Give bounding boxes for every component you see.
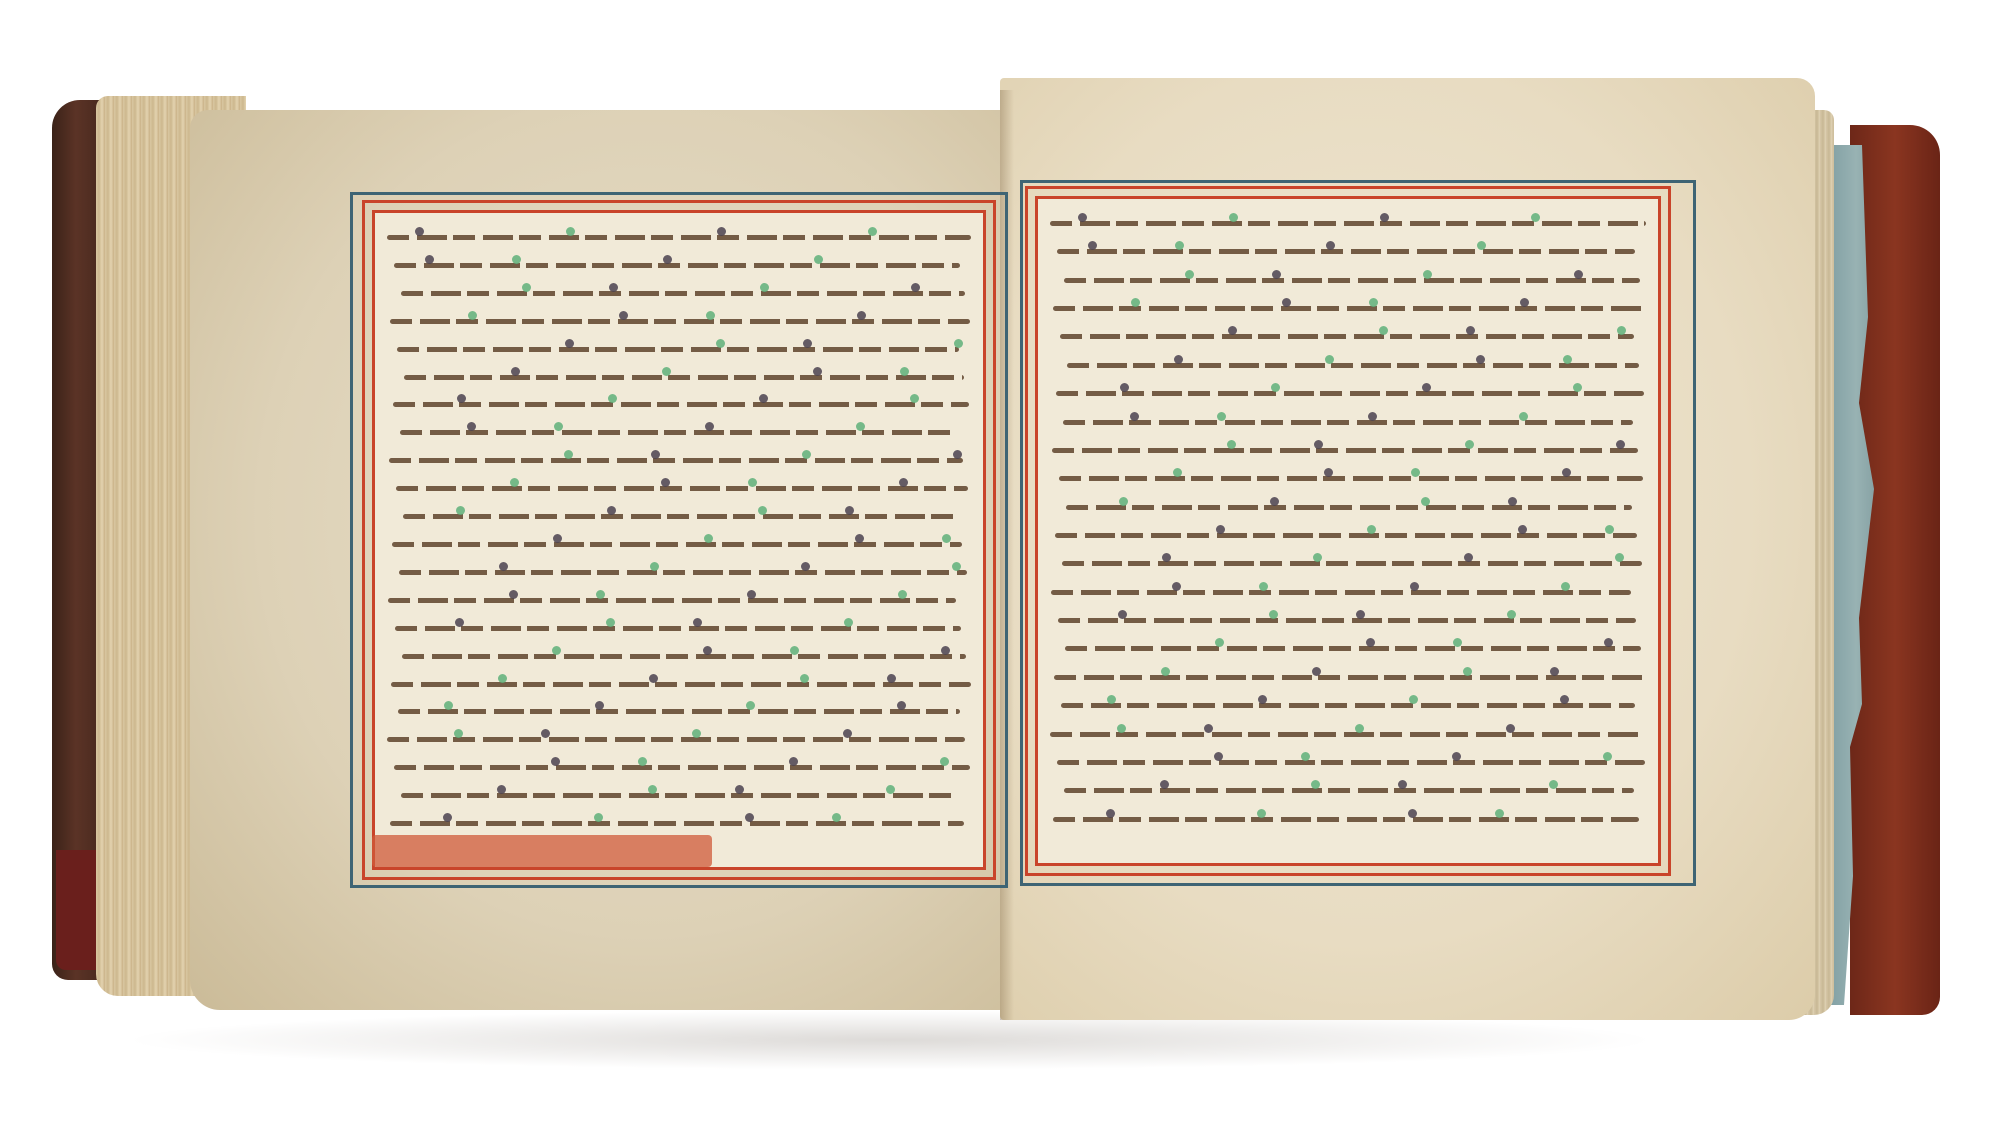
vocalisation-dot	[1117, 724, 1126, 733]
vocalisation-dot	[619, 311, 628, 320]
vocalisation-dot	[650, 562, 659, 571]
vocalisation-dot	[1563, 355, 1572, 364]
vocalisation-dot	[1216, 525, 1225, 534]
script-line	[392, 542, 962, 547]
vocalisation-dot	[663, 255, 672, 264]
vocalisation-dot	[566, 227, 575, 236]
vocalisation-dot	[1229, 213, 1238, 222]
script-line	[395, 626, 961, 631]
vocalisation-dot	[1463, 667, 1472, 676]
vocalisation-dot	[594, 813, 603, 822]
script-line	[1055, 533, 1637, 538]
left-red-stain	[372, 835, 712, 867]
script-line	[387, 737, 965, 742]
vocalisation-dot	[1172, 582, 1181, 591]
vocalisation-dot	[693, 618, 702, 627]
vocalisation-dot	[1507, 610, 1516, 619]
script-line	[1050, 221, 1646, 226]
vocalisation-dot	[717, 227, 726, 236]
vocalisation-dot	[800, 674, 809, 683]
script-line	[1063, 420, 1633, 425]
script-line	[403, 514, 957, 519]
vocalisation-dot	[606, 618, 615, 627]
vocalisation-dot	[1356, 610, 1365, 619]
script-line	[396, 486, 968, 491]
vocalisation-dot	[1106, 809, 1115, 818]
script-line	[401, 793, 959, 798]
vocalisation-dot	[1550, 667, 1559, 676]
vocalisation-dot	[1519, 412, 1528, 421]
script-line	[388, 598, 956, 603]
script-line	[393, 402, 969, 407]
script-line	[1064, 278, 1640, 283]
vocalisation-dot	[1312, 667, 1321, 676]
vocalisation-dot	[857, 311, 866, 320]
vocalisation-dot	[844, 618, 853, 627]
vocalisation-dot	[662, 367, 671, 376]
vocalisation-dot	[1574, 270, 1583, 279]
vocalisation-dot	[415, 227, 424, 236]
script-line	[397, 347, 959, 352]
vocalisation-dot	[706, 311, 715, 320]
vocalisation-dot	[512, 255, 521, 264]
vocalisation-dot	[1301, 752, 1310, 761]
script-line	[1065, 646, 1641, 651]
vocalisation-dot	[952, 562, 961, 571]
vocalisation-dot	[1078, 213, 1087, 222]
vocalisation-dot	[509, 590, 518, 599]
script-line	[391, 682, 971, 687]
script-line	[1050, 732, 1640, 737]
vocalisation-dot	[1325, 355, 1334, 364]
vocalisation-dot	[1314, 440, 1323, 449]
vocalisation-dot	[911, 283, 920, 292]
vocalisation-dot	[1410, 582, 1419, 591]
vocalisation-dot	[609, 283, 618, 292]
vocalisation-dot	[456, 506, 465, 515]
script-line	[394, 765, 970, 770]
vocalisation-dot	[898, 590, 907, 599]
vocalisation-dot	[1508, 497, 1517, 506]
vocalisation-dot	[553, 534, 562, 543]
vocalisation-dot	[941, 646, 950, 655]
vocalisation-dot	[801, 562, 810, 571]
vocalisation-dot	[868, 227, 877, 236]
vocalisation-dot	[1214, 752, 1223, 761]
vocalisation-dot	[855, 534, 864, 543]
script-line	[1059, 476, 1643, 481]
vocalisation-dot	[1421, 497, 1430, 506]
vocalisation-dot	[1465, 440, 1474, 449]
vocalisation-dot	[455, 618, 464, 627]
vocalisation-dot	[814, 255, 823, 264]
script-line	[1061, 703, 1635, 708]
script-line	[387, 235, 971, 240]
vocalisation-dot	[887, 674, 896, 683]
vocalisation-dot	[1380, 213, 1389, 222]
vocalisation-dot	[704, 534, 713, 543]
vocalisation-dot	[425, 255, 434, 264]
script-line	[1052, 448, 1638, 453]
vocalisation-dot	[511, 367, 520, 376]
script-line	[1060, 334, 1634, 339]
left-text-block	[372, 210, 986, 870]
vocalisation-dot	[790, 646, 799, 655]
vocalisation-dot	[1257, 809, 1266, 818]
vocalisation-dot	[900, 367, 909, 376]
vocalisation-dot	[1131, 298, 1140, 307]
script-line	[402, 654, 966, 659]
script-line	[1053, 817, 1639, 822]
script-line	[401, 291, 965, 296]
vocalisation-dot	[1217, 412, 1226, 421]
script-line	[404, 375, 964, 380]
vocalisation-dot	[1603, 752, 1612, 761]
vocalisation-dot	[1495, 809, 1504, 818]
script-line	[400, 430, 958, 435]
script-line	[1066, 505, 1632, 510]
vocalisation-dot	[1520, 298, 1529, 307]
vocalisation-dot	[1616, 440, 1625, 449]
script-line	[1067, 363, 1639, 368]
vocalisation-dot	[1269, 610, 1278, 619]
vocalisation-dot	[552, 646, 561, 655]
vocalisation-dot	[1355, 724, 1364, 733]
vocalisation-dot	[1452, 752, 1461, 761]
vocalisation-dot	[1605, 525, 1614, 534]
vocalisation-dot	[1282, 298, 1291, 307]
vocalisation-dot	[832, 813, 841, 822]
script-line	[399, 570, 967, 575]
script-line	[1064, 788, 1634, 793]
vocalisation-dot	[942, 534, 951, 543]
script-line	[390, 319, 970, 324]
vocalisation-dot	[1185, 270, 1194, 279]
vocalisation-dot	[1531, 213, 1540, 222]
script-line	[1057, 249, 1635, 254]
vocalisation-dot	[522, 283, 531, 292]
script-line	[1062, 561, 1642, 566]
vocalisation-dot	[1518, 525, 1527, 534]
vocalisation-dot	[1368, 412, 1377, 421]
vocalisation-dot	[747, 590, 756, 599]
vocalisation-dot	[499, 562, 508, 571]
vocalisation-dot	[954, 339, 963, 348]
script-line	[1053, 306, 1645, 311]
vocalisation-dot	[607, 506, 616, 515]
vocalisation-dot	[1476, 355, 1485, 364]
vocalisation-dot	[1259, 582, 1268, 591]
script-line	[1054, 675, 1646, 680]
vocalisation-dot	[443, 813, 452, 822]
right-text-block	[1035, 196, 1661, 866]
vocalisation-dot	[760, 283, 769, 292]
vocalisation-dot	[1369, 298, 1378, 307]
vocalisation-dot	[1561, 582, 1570, 591]
vocalisation-dot	[1161, 667, 1170, 676]
vocalisation-dot	[845, 506, 854, 515]
vocalisation-dot	[745, 813, 754, 822]
vocalisation-dot	[758, 506, 767, 515]
vocalisation-dot	[649, 674, 658, 683]
script-line	[1058, 618, 1636, 623]
vocalisation-dot	[1272, 270, 1281, 279]
vocalisation-dot	[468, 311, 477, 320]
vocalisation-dot	[813, 367, 822, 376]
script-line	[398, 709, 960, 714]
vocalisation-dot	[1227, 440, 1236, 449]
script-line	[390, 821, 964, 826]
vocalisation-dot	[1367, 525, 1376, 534]
vocalisation-dot	[716, 339, 725, 348]
vocalisation-dot	[803, 339, 812, 348]
script-line	[389, 458, 963, 463]
vocalisation-dot	[1130, 412, 1139, 421]
vocalisation-dot	[498, 674, 507, 683]
vocalisation-dot	[1119, 497, 1128, 506]
vocalisation-dot	[1423, 270, 1432, 279]
vocalisation-dot	[596, 590, 605, 599]
script-line	[1057, 760, 1645, 765]
vocalisation-dot	[1174, 355, 1183, 364]
vocalisation-dot	[703, 646, 712, 655]
vocalisation-dot	[1408, 809, 1417, 818]
vocalisation-dot	[1204, 724, 1213, 733]
vocalisation-dot	[1506, 724, 1515, 733]
vocalisation-dot	[1270, 497, 1279, 506]
script-line	[1056, 391, 1644, 396]
vocalisation-dot	[1118, 610, 1127, 619]
script-line	[1051, 590, 1631, 595]
left-cover-red-edge	[56, 850, 96, 970]
script-line	[394, 263, 960, 268]
vocalisation-dot	[565, 339, 574, 348]
